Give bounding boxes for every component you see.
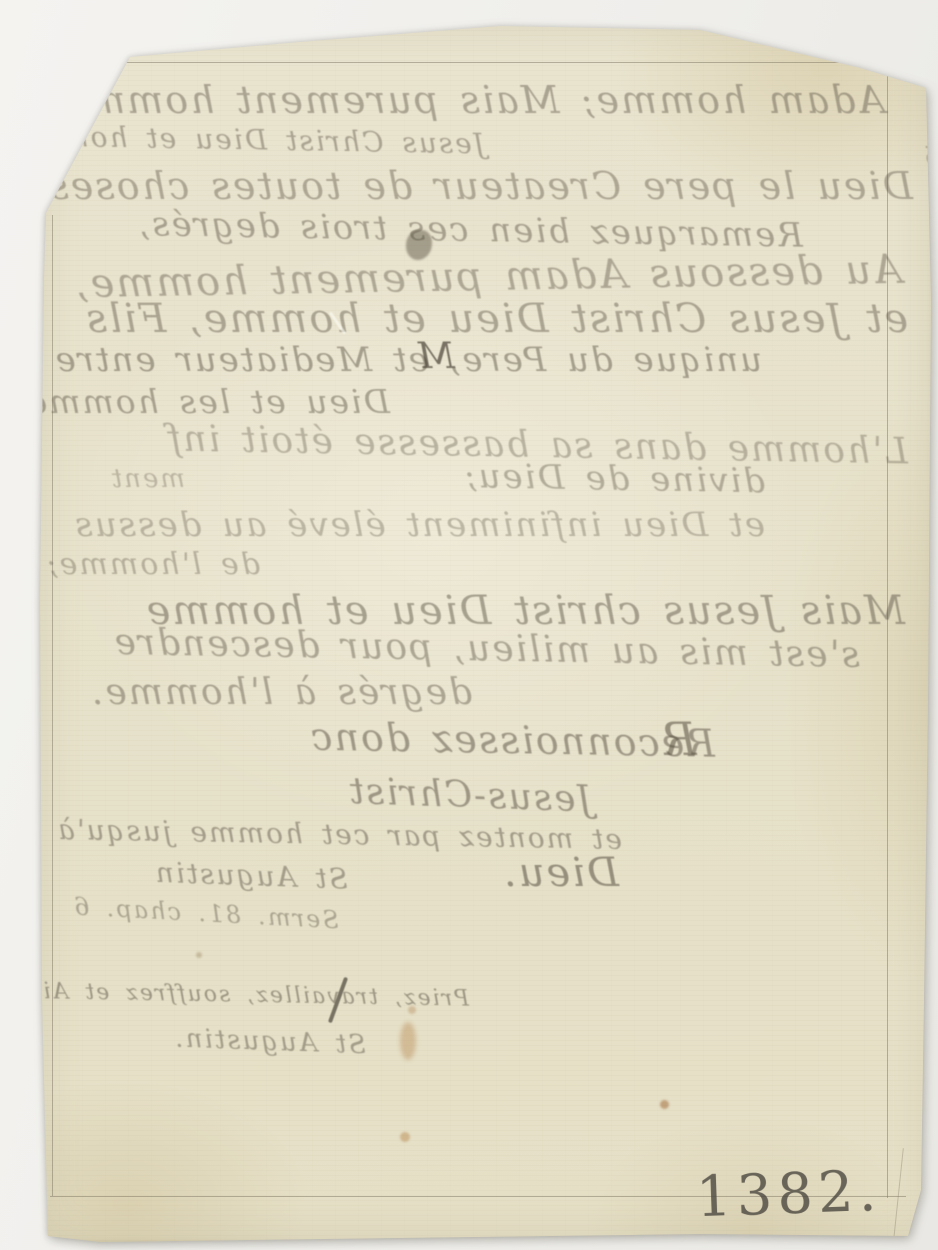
ink-accent-glyph: R	[662, 712, 697, 766]
ink-accent-layer: MR	[36, 20, 932, 1242]
manuscript-sheet: Adam homme; Mais purement homme,Jesus Ch…	[36, 20, 932, 1242]
ink-stroke	[329, 311, 346, 334]
backdrop: Adam homme; Mais purement homme,Jesus Ch…	[0, 0, 938, 1250]
ink-blot	[406, 230, 432, 260]
ink-stroke	[328, 977, 348, 1023]
ink-accent-glyph: M	[418, 336, 455, 377]
stain	[28, 308, 40, 326]
paper-surface: Adam homme; Mais purement homme,Jesus Ch…	[36, 20, 932, 1242]
margin-numeral: 5	[924, 142, 938, 172]
inventory-number: 1382.	[695, 1159, 882, 1230]
